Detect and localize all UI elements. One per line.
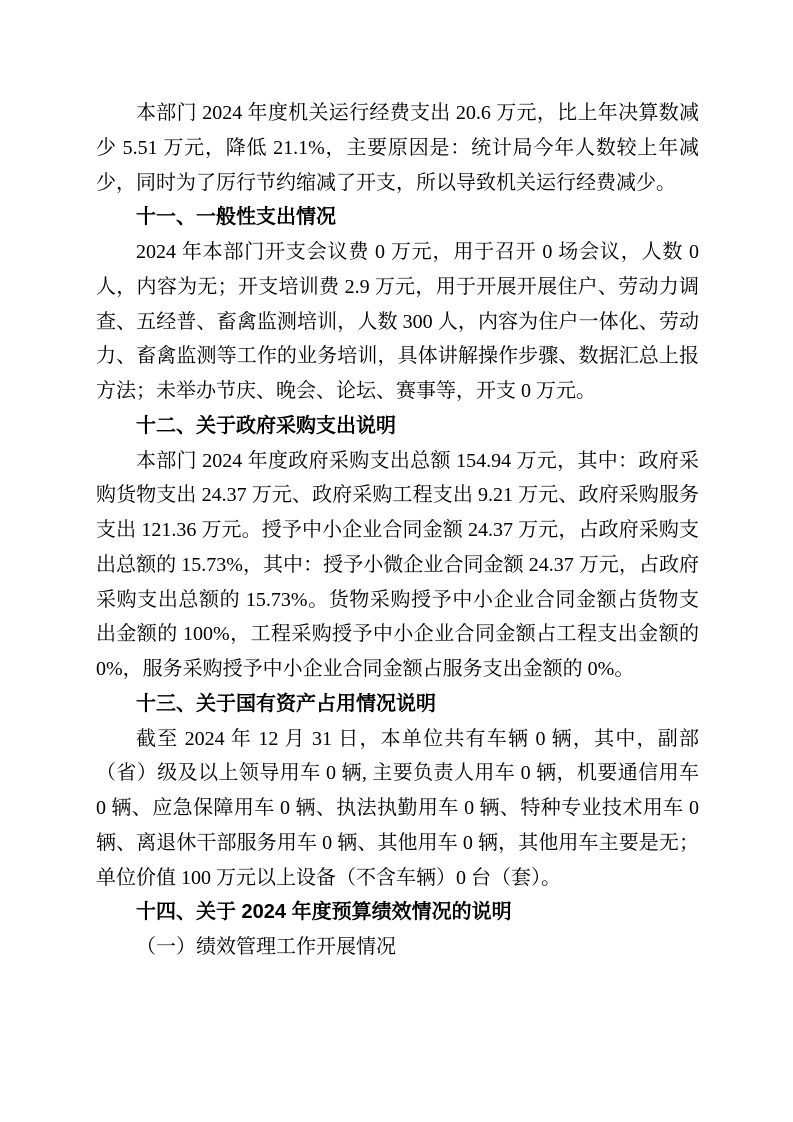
paragraph-meeting-training-expense: 2024 年本部门开支会议费 0 万元，用于召开 0 场会议，人数 0 人，内容…	[96, 235, 699, 409]
heading-section-14-budget-performance: 十四、关于 2024 年度预算绩效情况的说明	[96, 895, 699, 930]
paragraph-operating-expense: 本部门 2024 年度机关运行经费支出 20.6 万元，比上年决算数减少 5.5…	[96, 96, 699, 200]
paragraph-vehicles-assets-detail: 截至 2024 年 12 月 31 日，本单位共有车辆 0 辆，其中，副部（省）…	[96, 722, 699, 896]
document-page: 本部门 2024 年度机关运行经费支出 20.6 万元，比上年决算数减少 5.5…	[0, 0, 793, 1122]
subheading-performance-management: （一）绩效管理工作开展情况	[96, 930, 699, 965]
paragraph-procurement-detail: 本部门 2024 年度政府采购支出总额 154.94 万元，其中：政府采购货物支…	[96, 444, 699, 687]
heading-section-13-state-assets: 十三、关于国有资产占用情况说明	[96, 687, 699, 722]
heading-section-12-government-procurement: 十二、关于政府采购支出说明	[96, 409, 699, 444]
heading-section-11-general-expenditure: 十一、一般性支出情况	[96, 200, 699, 235]
